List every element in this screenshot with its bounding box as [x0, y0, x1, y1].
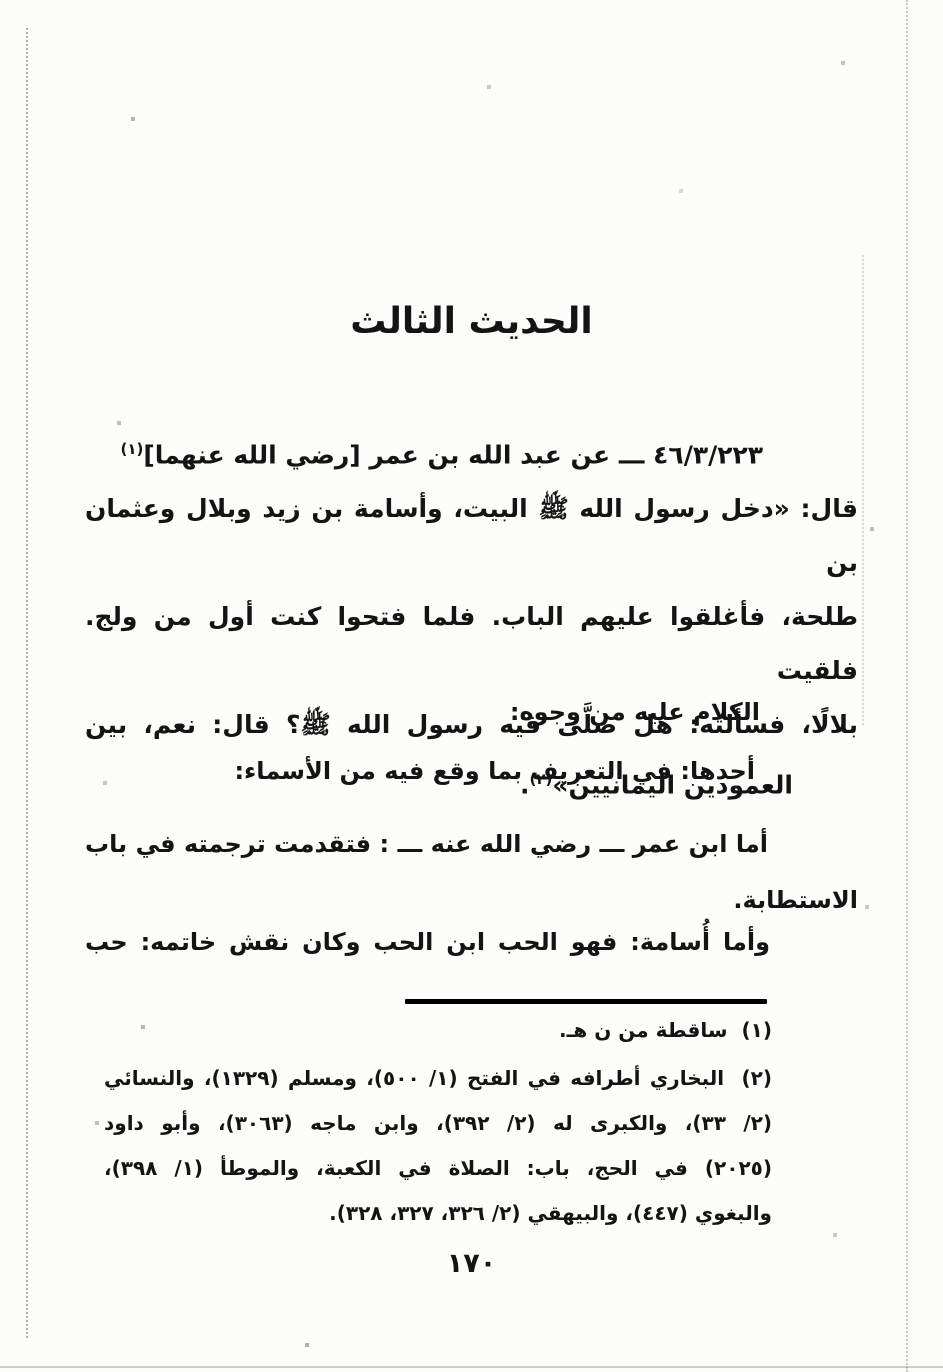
footnote-2-marker: (٢): [742, 1066, 773, 1090]
hadith-line-1: ٤٦/٣/٢٢٣ ـــ عن عبد الله بن عمر [رضي الل…: [85, 422, 858, 482]
footnote-1-text: ساقطة من ن هـ.: [559, 1018, 728, 1042]
usama-line-1: وأما أُسامة: فهو الحب ابن الحب وكان نقش …: [85, 928, 858, 956]
scan-edge-right: [906, 0, 908, 1372]
section-first-point: أحدها: في التعريف بما وقع فيه من الأسماء…: [85, 757, 858, 785]
paragraph-usama: وأما أُسامة: فهو الحب ابن الحب وكان نقش …: [85, 928, 858, 956]
footnote-ref-1: (١): [120, 440, 143, 458]
ibn-umar-line-1: أما ابن عمر ـــ رضي الله عنه ـــ : فتقدم…: [85, 816, 858, 872]
footnote-2-line-1-text: البخاري أطرافه في الفتح (١/ ٥٠٠)، ومسلم …: [104, 1066, 724, 1090]
footnote-2-line-4: والبغوي (٤٤٧)، والبيهقي (٢/ ٣٢٦، ٣٢٧، ٣٢…: [104, 1191, 772, 1236]
scan-edge-left: [26, 28, 28, 1338]
scan-edge-inner: [862, 255, 864, 725]
footnote-1: (١)ساقطة من ن هـ.: [104, 1010, 772, 1050]
footnote-1-marker: (١): [742, 1018, 773, 1042]
section-heading-kalam: الكلام عليه من وجوه:: [85, 698, 858, 726]
footnote-2-line-3: (٢٠٢٥) في الحج، باب: الصلاة في الكعبة، و…: [104, 1146, 772, 1191]
hadith-line-1-text: ٤٦/٣/٢٢٣ ـــ عن عبد الله بن عمر [رضي الل…: [143, 440, 763, 469]
book-page: الحديث الثالث ٤٦/٣/٢٢٣ ـــ عن عبد الله ب…: [0, 0, 943, 1372]
ibn-umar-line-2: الاستطابة.: [85, 872, 858, 928]
footnote-2: (٢) البخاري أطرافه في الفتح (١/ ٥٠٠)، وم…: [104, 1056, 772, 1236]
footnote-separator: [405, 999, 767, 1004]
scan-speckles: [0, 0, 2, 2]
scan-edge-bottom: [0, 1366, 943, 1368]
page-title: الحديث الثالث: [85, 298, 858, 346]
page-number: ١٧٠: [85, 1248, 858, 1279]
footnote-2-line-1: (٢) البخاري أطرافه في الفتح (١/ ٥٠٠)، وم…: [104, 1056, 772, 1101]
footnote-2-line-2: (٢/ ٣٣)، والكبرى له (٢/ ٣٩٢)، وابن ماجه …: [104, 1101, 772, 1146]
paragraph-ibn-umar: أما ابن عمر ـــ رضي الله عنه ـــ : فتقدم…: [85, 816, 858, 928]
hadith-line-3: طلحة، فأغلقوا عليهم الباب. فلما فتحوا كن…: [85, 590, 858, 698]
footnotes-block: (١)ساقطة من ن هـ. (٢) البخاري أطرافه في …: [104, 1010, 772, 1236]
hadith-paragraph: ٤٦/٣/٢٢٣ ـــ عن عبد الله بن عمر [رضي الل…: [85, 422, 858, 813]
hadith-line-2: قال: «دخل رسول الله ﷺ البيت، وأسامة بن ز…: [85, 482, 858, 590]
